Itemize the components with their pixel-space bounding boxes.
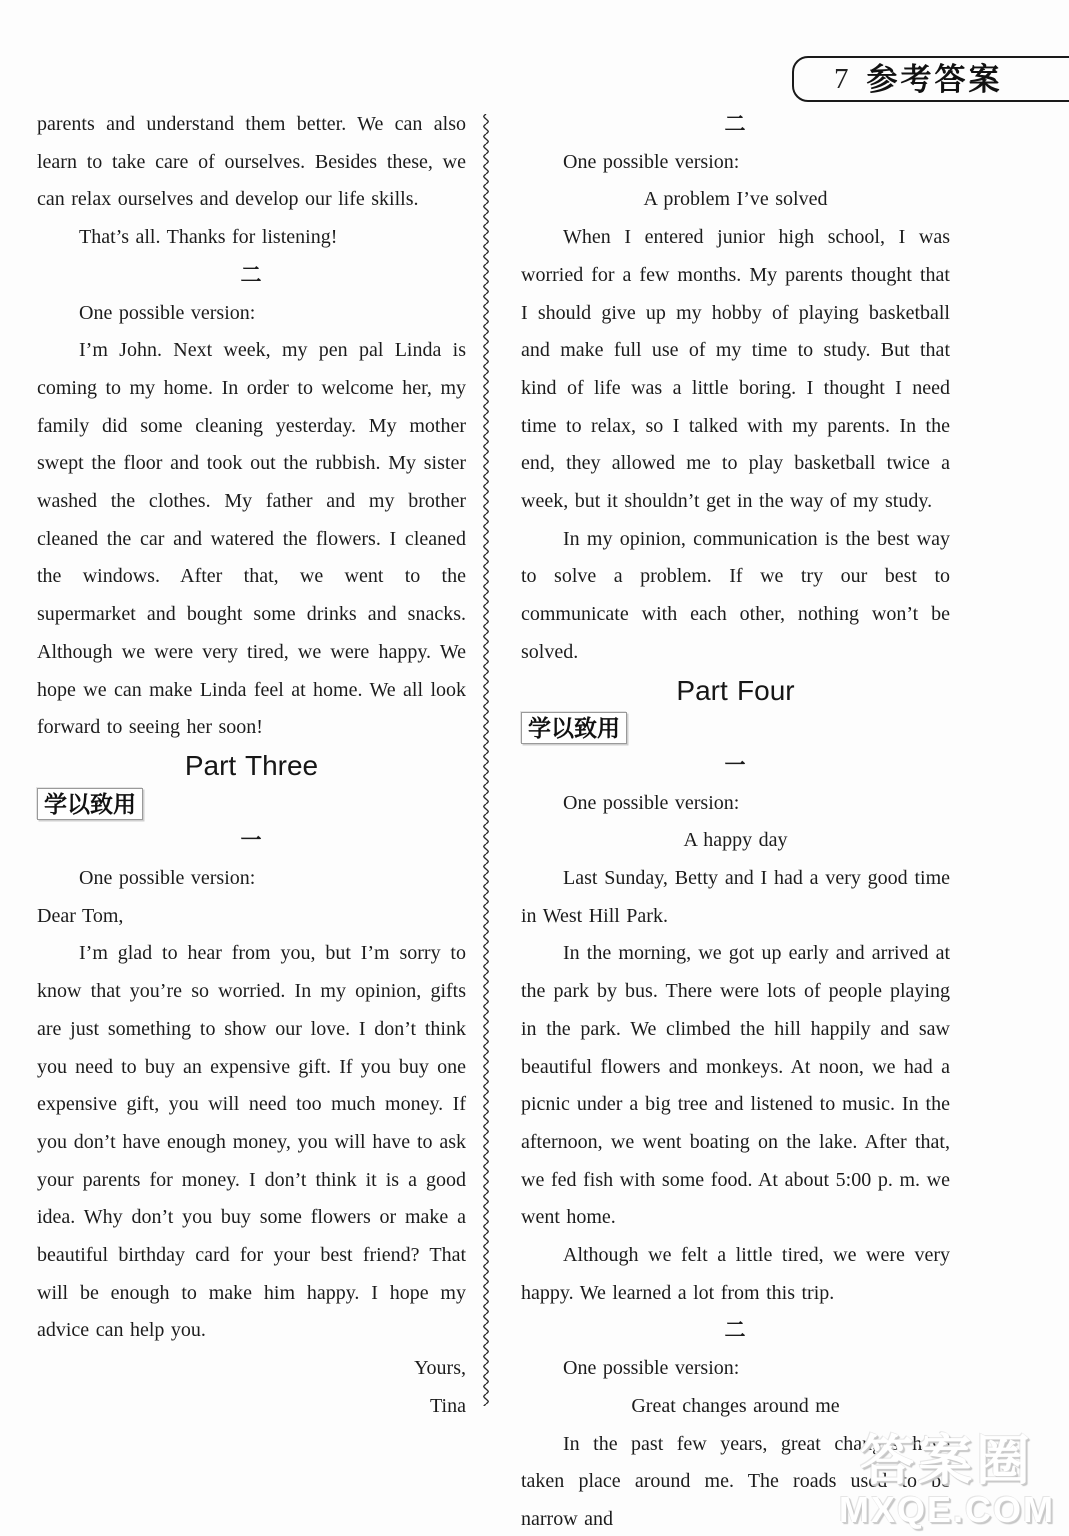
apply-label-row: 学以致用 xyxy=(37,785,466,823)
section-marker-two: 二 xyxy=(521,1312,950,1350)
essay-title: A happy day xyxy=(521,822,950,860)
right-column: 二 One possible version: A problem I’ve s… xyxy=(521,106,950,1536)
apply-label-row: 学以致用 xyxy=(521,709,950,747)
body-paragraph: Last Sunday, Betty and I had a very good… xyxy=(521,860,950,935)
header-title: 参考答案 xyxy=(867,64,1003,95)
salutation: Dear Tom, xyxy=(37,898,466,936)
watermark-logo: 答案圈 xyxy=(839,1432,1055,1490)
section-marker-one: 一 xyxy=(37,822,466,860)
essay-title: A problem I’ve solved xyxy=(521,181,950,219)
part-three-heading: Part Three xyxy=(37,747,466,785)
version-label: One possible version: xyxy=(37,860,466,898)
section-marker-one: 一 xyxy=(521,747,950,785)
zigzag-line-icon xyxy=(480,114,492,1406)
body-paragraph: Although we felt a little tired, we were… xyxy=(521,1237,950,1312)
body-paragraph: I’m John. Next week, my pen pal Linda is… xyxy=(37,332,466,747)
section-marker-two: 二 xyxy=(37,257,466,295)
body-line: That’s all. Thanks for listening! xyxy=(37,219,466,257)
apply-what-you-learn-label: 学以致用 xyxy=(521,712,627,744)
version-label: One possible version: xyxy=(521,144,950,182)
body-paragraph: In my opinion, communication is the best… xyxy=(521,521,950,672)
version-label: One possible version: xyxy=(37,295,466,333)
answer-key-page: 7 参考答案 parents and understand them bette… xyxy=(0,0,1069,1536)
body-paragraph: parents and understand them better. We c… xyxy=(37,106,466,219)
signature-yours: Yours, xyxy=(37,1350,466,1388)
version-label: One possible version: xyxy=(521,1350,950,1388)
essay-title: Great changes around me xyxy=(521,1388,950,1426)
apply-what-you-learn-label: 学以致用 xyxy=(37,788,143,820)
body-paragraph: When I entered junior high school, I was… xyxy=(521,219,950,521)
part-four-heading: Part Four xyxy=(521,672,950,710)
page-header: 7 参考答案 xyxy=(792,56,1069,102)
section-marker-two: 二 xyxy=(521,106,950,144)
body-paragraph: I’m glad to hear from you, but I’m sorry… xyxy=(37,935,466,1350)
column-divider xyxy=(480,114,492,1406)
watermark: 答案圈 MXQE.COM xyxy=(839,1432,1055,1530)
watermark-site: MXQE.COM xyxy=(839,1490,1055,1530)
left-column: parents and understand them better. We c… xyxy=(37,106,466,1426)
signature-name: Tina xyxy=(37,1388,466,1426)
page-number: 7 xyxy=(834,65,849,94)
body-paragraph: In the morning, we got up early and arri… xyxy=(521,935,950,1237)
version-label: One possible version: xyxy=(521,785,950,823)
